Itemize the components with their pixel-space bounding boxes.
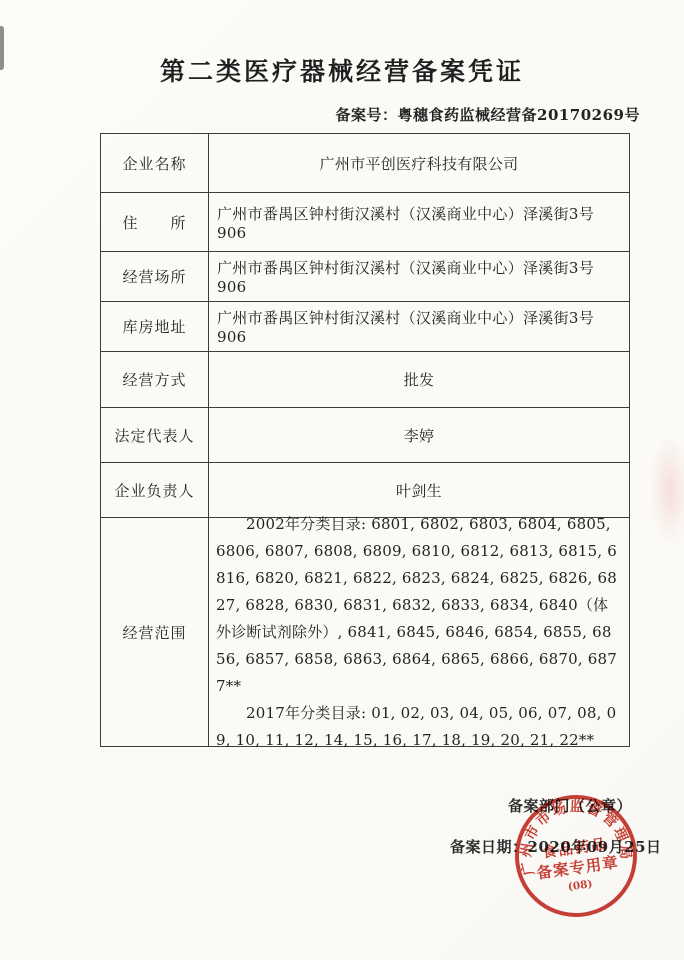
row-value: 叶剑生 [209, 463, 629, 517]
official-red-seal: 广州市市场监督管理局 食品药品 备案专用章 (08) [483, 763, 668, 948]
filing-number-line: 备案号：粤穗食药监械经营备20170269号 [335, 104, 640, 125]
filing-number-label: 备案号： [335, 106, 397, 124]
row-label: 住 所 [101, 193, 209, 251]
row-value: 广州市番禺区钟村街汉溪村（汉溪商业中心）泽溪街3号906 [209, 193, 629, 251]
scan-ink-smudge [642, 415, 684, 565]
row-value: 李婷 [209, 408, 629, 462]
row-value-business-scope: 2002年分类目录: 6801, 6802, 6803, 6804, 6805,… [209, 518, 629, 746]
table-row-business-mode: 经营方式 批发 [101, 352, 629, 408]
filing-number-value: 粤穗食药监械经营备20170269号 [398, 106, 641, 124]
scope-catalog-2017: 2017年分类目录: 01, 02, 03, 04, 05, 06, 07, 0… [216, 700, 621, 754]
row-label: 企业负责人 [101, 463, 209, 517]
table-row-business-premises: 经营场所 广州市番禺区钟村街汉溪村（汉溪商业中心）泽溪街3号906 [101, 252, 629, 302]
row-label: 法定代表人 [101, 408, 209, 462]
row-value: 批发 [209, 352, 629, 407]
row-label: 经营范围 [101, 518, 209, 746]
row-label: 企业名称 [101, 134, 209, 192]
certificate-title: 第二类医疗器械经营备案凭证 [0, 52, 684, 88]
seal-group: 广州市市场监督管理局 食品药品 备案专用章 (08) [509, 789, 642, 922]
table-row-address: 住 所 广州市番禺区钟村街汉溪村（汉溪商业中心）泽溪街3号906 [101, 193, 629, 252]
seal-center-line3: (08) [567, 878, 593, 893]
certificate-page: 第二类医疗器械经营备案凭证 备案号：粤穗食药监械经营备20170269号 企业名… [0, 0, 684, 960]
row-label: 经营方式 [101, 352, 209, 407]
row-label: 经营场所 [101, 252, 209, 301]
table-row-company-name: 企业名称 广州市平创医疗科技有限公司 [101, 134, 629, 193]
row-label: 库房地址 [101, 302, 209, 351]
row-value: 广州市番禺区钟村街汉溪村（汉溪商业中心）泽溪街3号906 [209, 252, 629, 301]
row-value: 广州市番禺区钟村街汉溪村（汉溪商业中心）泽溪街3号906 [209, 302, 629, 351]
row-value: 广州市平创医疗科技有限公司 [209, 134, 629, 192]
scope-catalog-2002: 2002年分类目录: 6801, 6802, 6803, 6804, 6805,… [216, 511, 621, 700]
table-row-legal-representative: 法定代表人 李婷 [101, 408, 629, 463]
table-row-warehouse-address: 库房地址 广州市番禺区钟村街汉溪村（汉溪商业中心）泽溪街3号906 [101, 302, 629, 352]
table-row-business-scope: 经营范围 2002年分类目录: 6801, 6802, 6803, 6804, … [101, 518, 629, 746]
info-table: 企业名称 广州市平创医疗科技有限公司 住 所 广州市番禺区钟村街汉溪村（汉溪商业… [100, 133, 630, 747]
